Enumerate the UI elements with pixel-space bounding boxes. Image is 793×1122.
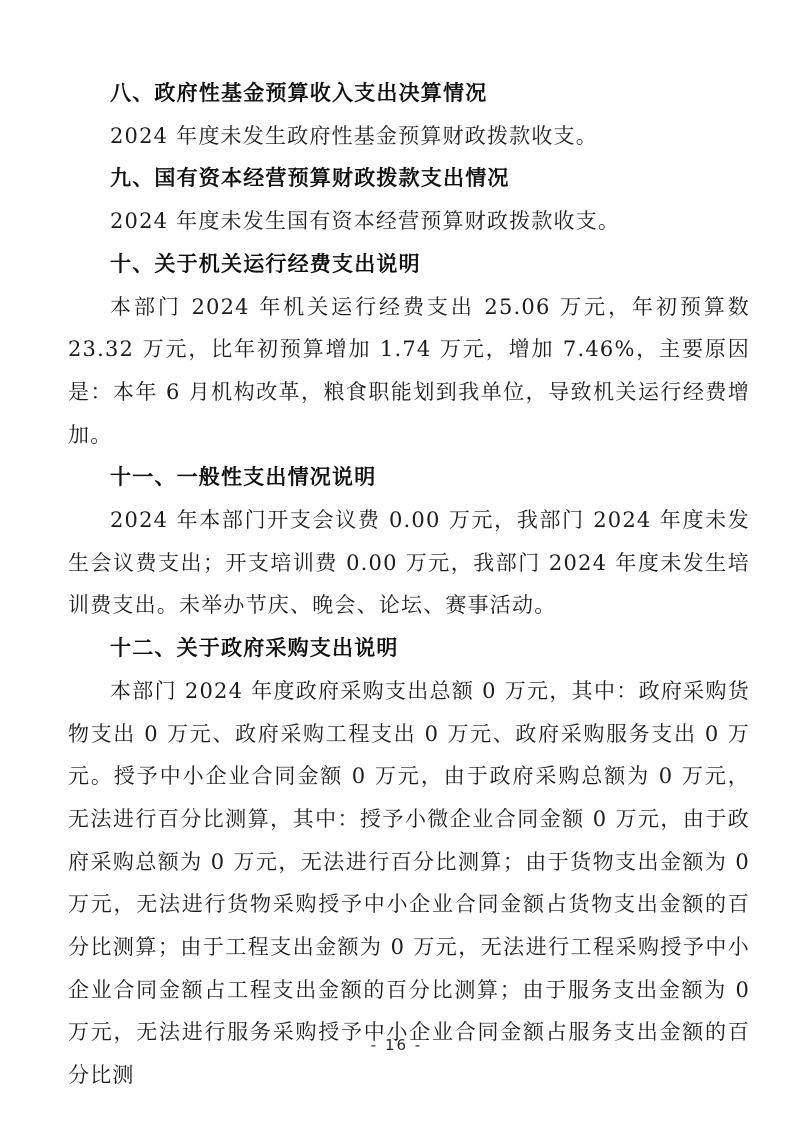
document-body: 八、政府性基金预算收入支出决算情况 2024 年度未发生政府性基金预算财政拨款收… — [68, 72, 750, 1097]
section-paragraph-8: 2024 年度未发生政府性基金预算财政拨款收支。 — [68, 115, 750, 158]
section-heading-10: 十、关于机关运行经费支出说明 — [68, 243, 750, 286]
section-heading-8: 八、政府性基金预算收入支出决算情况 — [68, 72, 750, 115]
section-heading-9: 九、国有资本经营预算财政拨款支出情况 — [68, 157, 750, 200]
section-paragraph-11: 2024 年本部门开支会议费 0.00 万元，我部门 2024 年度未发生会议费… — [68, 499, 750, 627]
section-paragraph-10: 本部门 2024 年机关运行经费支出 25.06 万元，年初预算数 23.32 … — [68, 286, 750, 457]
page-number: - 16 - — [0, 1036, 793, 1054]
section-heading-11: 十一、一般性支出情况说明 — [68, 456, 750, 499]
section-heading-12: 十二、关于政府采购支出说明 — [68, 627, 750, 670]
section-paragraph-12: 本部门 2024 年度政府采购支出总额 0 万元，其中：政府采购货物支出 0 万… — [68, 670, 750, 1097]
document-page: 八、政府性基金预算收入支出决算情况 2024 年度未发生政府性基金预算财政拨款收… — [0, 0, 793, 1122]
section-paragraph-9: 2024 年度未发生国有资本经营预算财政拨款收支。 — [68, 200, 750, 243]
